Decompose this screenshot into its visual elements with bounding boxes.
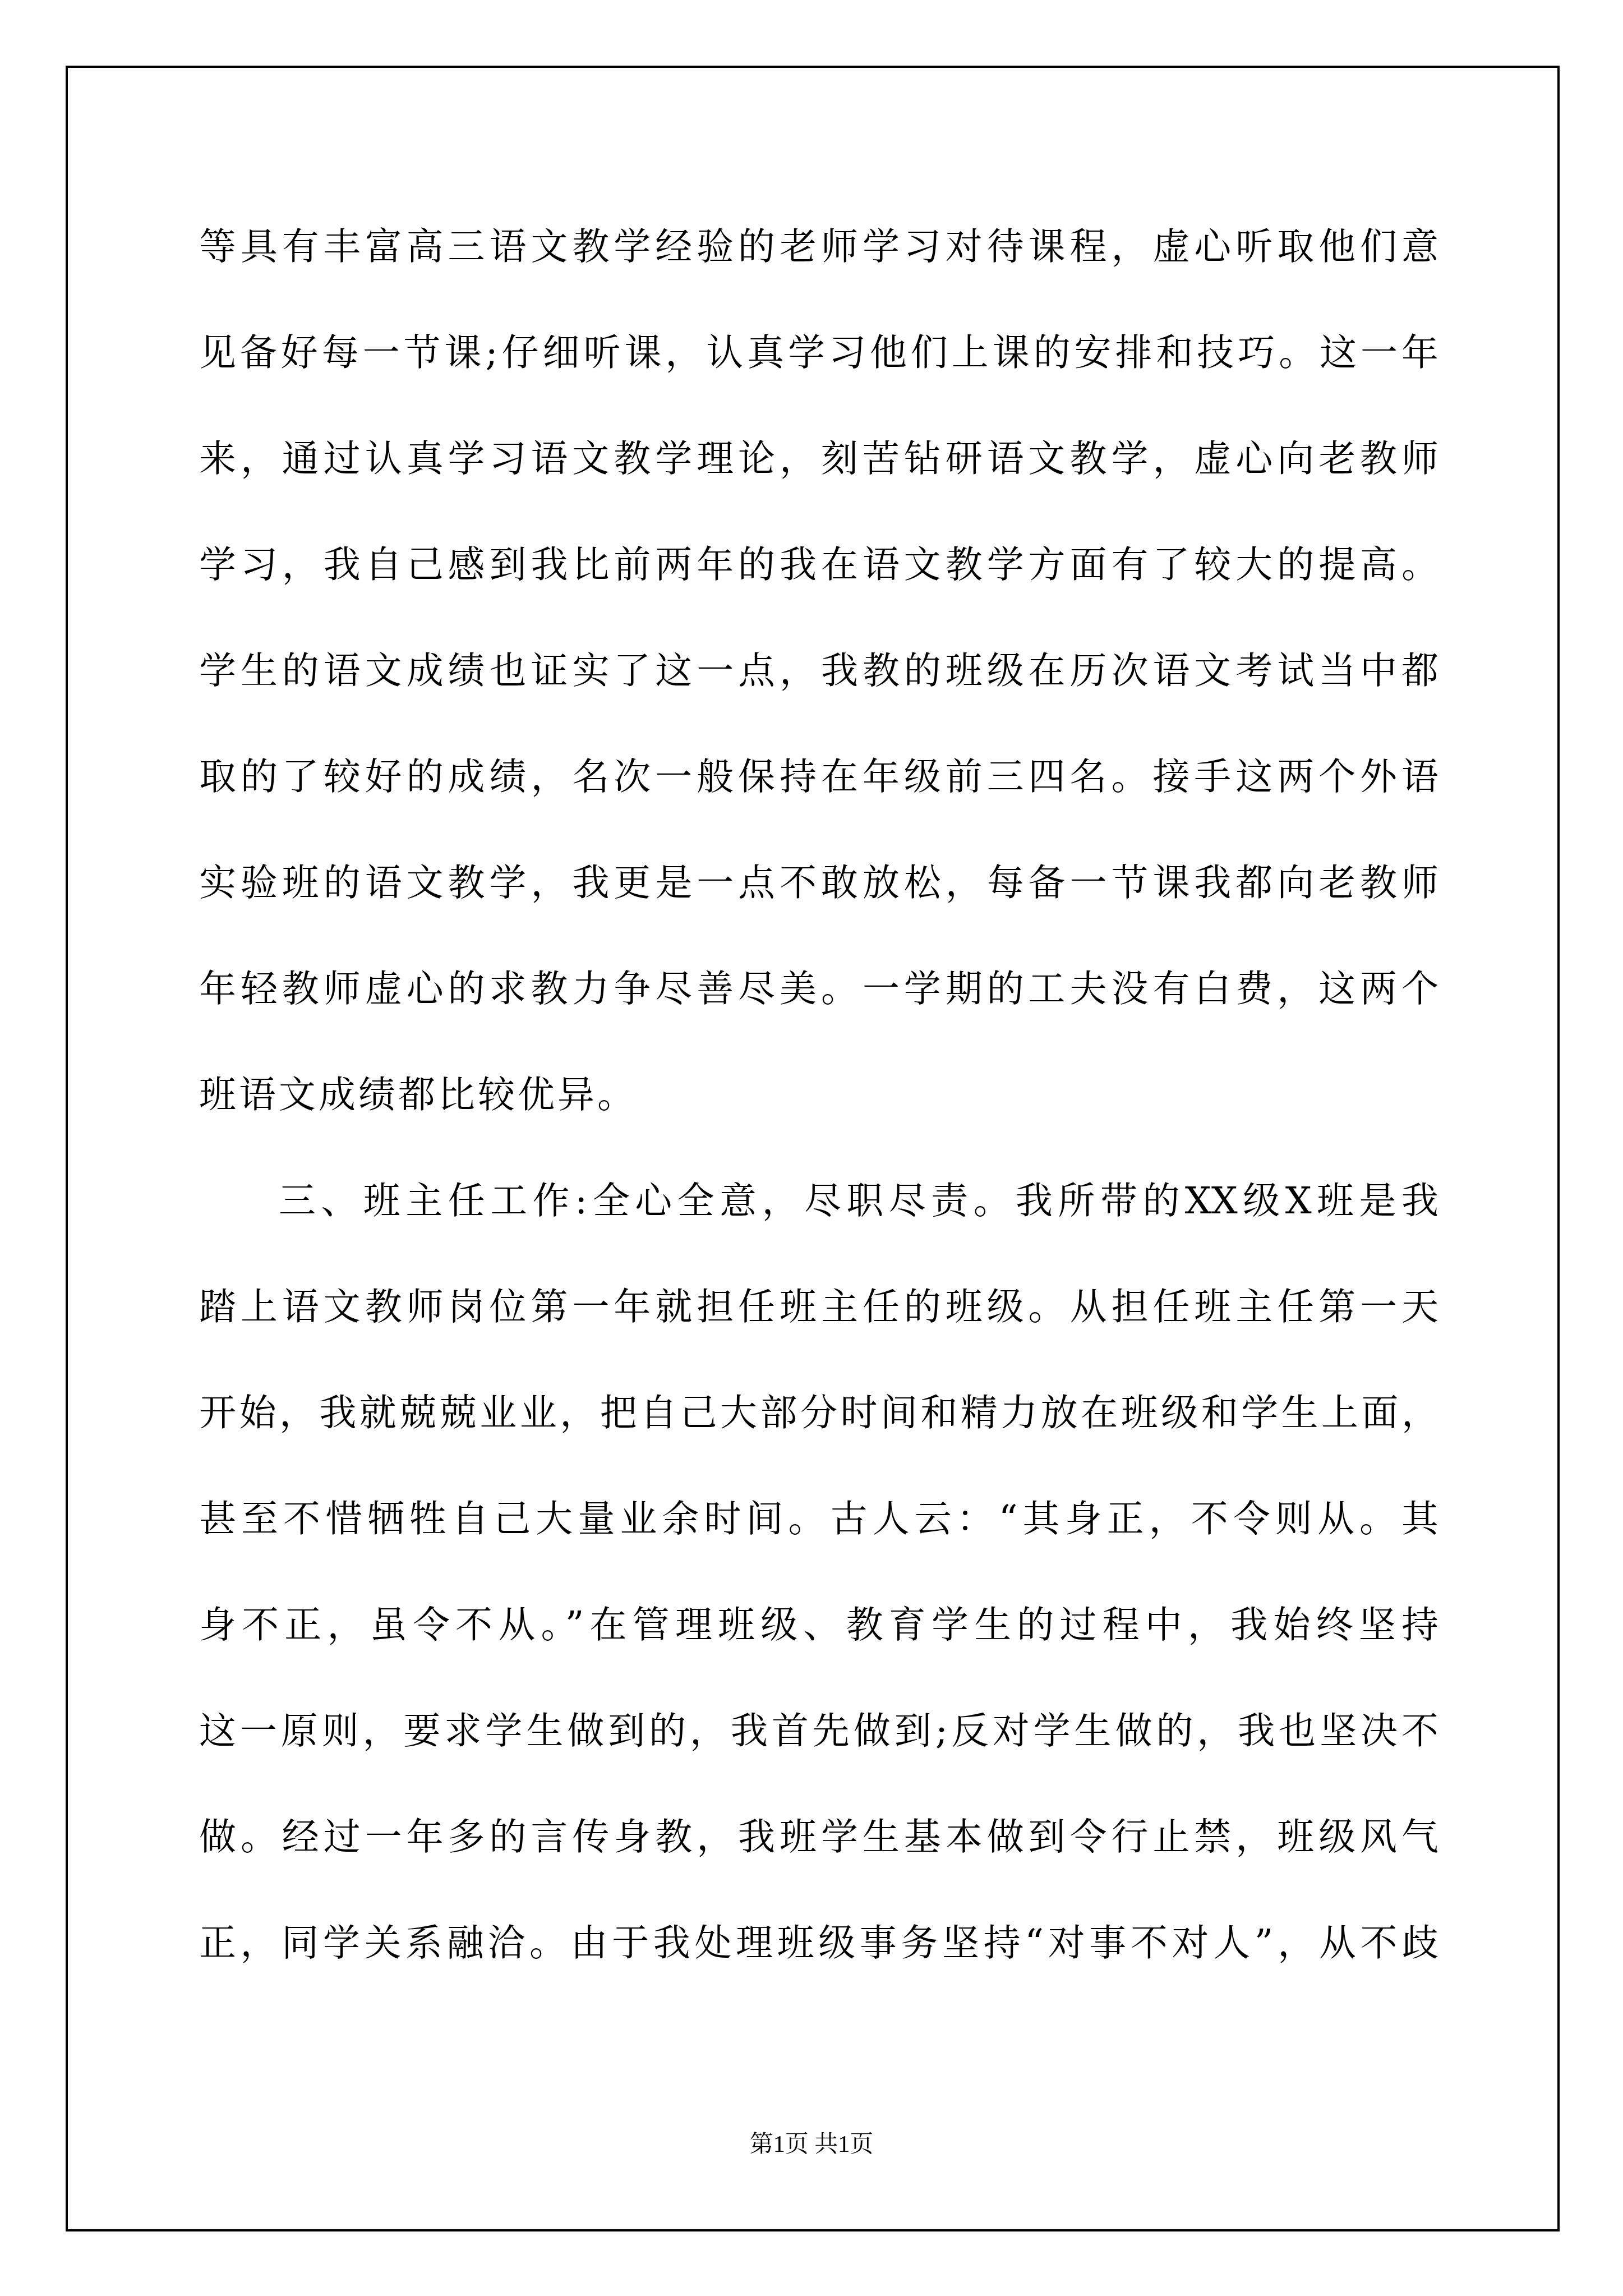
page-border-frame (66, 66, 1560, 2231)
text-line-4: 学习，我自己感到我比前两年的我在语文教学方面有了较大的提高。 (199, 542, 1438, 587)
text-line-11: 踏上语文教师岗位第一年就担任班主任的班级。从担任班主任第一天 (199, 1285, 1438, 1329)
text-line-10-section-heading: 三、班主任工作:全心全意，尽职尽责。我所带的XX级X班是我 (279, 1179, 1438, 1223)
text-line-2: 见备好每一节课;仔细听课，认真学习他们上课的安排和技巧。这一年 (199, 330, 1438, 375)
text-line-13: 甚至不惜牺牲自己大量业余时间。古人云：“其身正，不令则从。其 (199, 1497, 1438, 1542)
text-line-15: 这一原则，要求学生做到的，我首先做到;反对学生做的，我也坚决不 (199, 1709, 1438, 1754)
text-line-8: 年轻教师虚心的求教力争尽善尽美。一学期的工夫没有白费，这两个 (199, 967, 1438, 1011)
text-line-16: 做。经过一年多的言传身教，我班学生基本做到令行止禁，班级风气 (199, 1815, 1438, 1860)
text-line-12: 开始，我就兢兢业业，把自己大部分时间和精力放在班级和学生上面， (199, 1391, 1438, 1435)
text-line-9-paragraph-end: 班语文成绩都比较优异。 (199, 1073, 1438, 1117)
text-line-1: 等具有丰富高三语文教学经验的老师学习对待课程，虚心听取他们意 (199, 224, 1438, 269)
text-line-3: 来，通过认真学习语文教学理论，刻苦钻研语文教学，虚心向老教师 (199, 436, 1438, 481)
text-line-14: 身不正，虽令不从。”在管理班级、教育学生的过程中，我始终坚持 (199, 1603, 1438, 1648)
text-line-5: 学生的语文成绩也证实了这一点，我教的班级在历次语文考试当中都 (199, 648, 1438, 693)
text-line-7: 实验班的语文教学，我更是一点不敢放松，每备一节课我都向老教师 (199, 861, 1438, 905)
text-line-6: 取的了较好的成绩，名次一般保持在年级前三四名。接手这两个外语 (199, 754, 1438, 799)
page-number-footer: 第1页 共1页 (0, 2131, 1623, 2159)
text-line-17: 正，同学关系融洽。由于我处理班级事务坚持“对事不对人”，从不歧 (199, 1921, 1438, 1966)
